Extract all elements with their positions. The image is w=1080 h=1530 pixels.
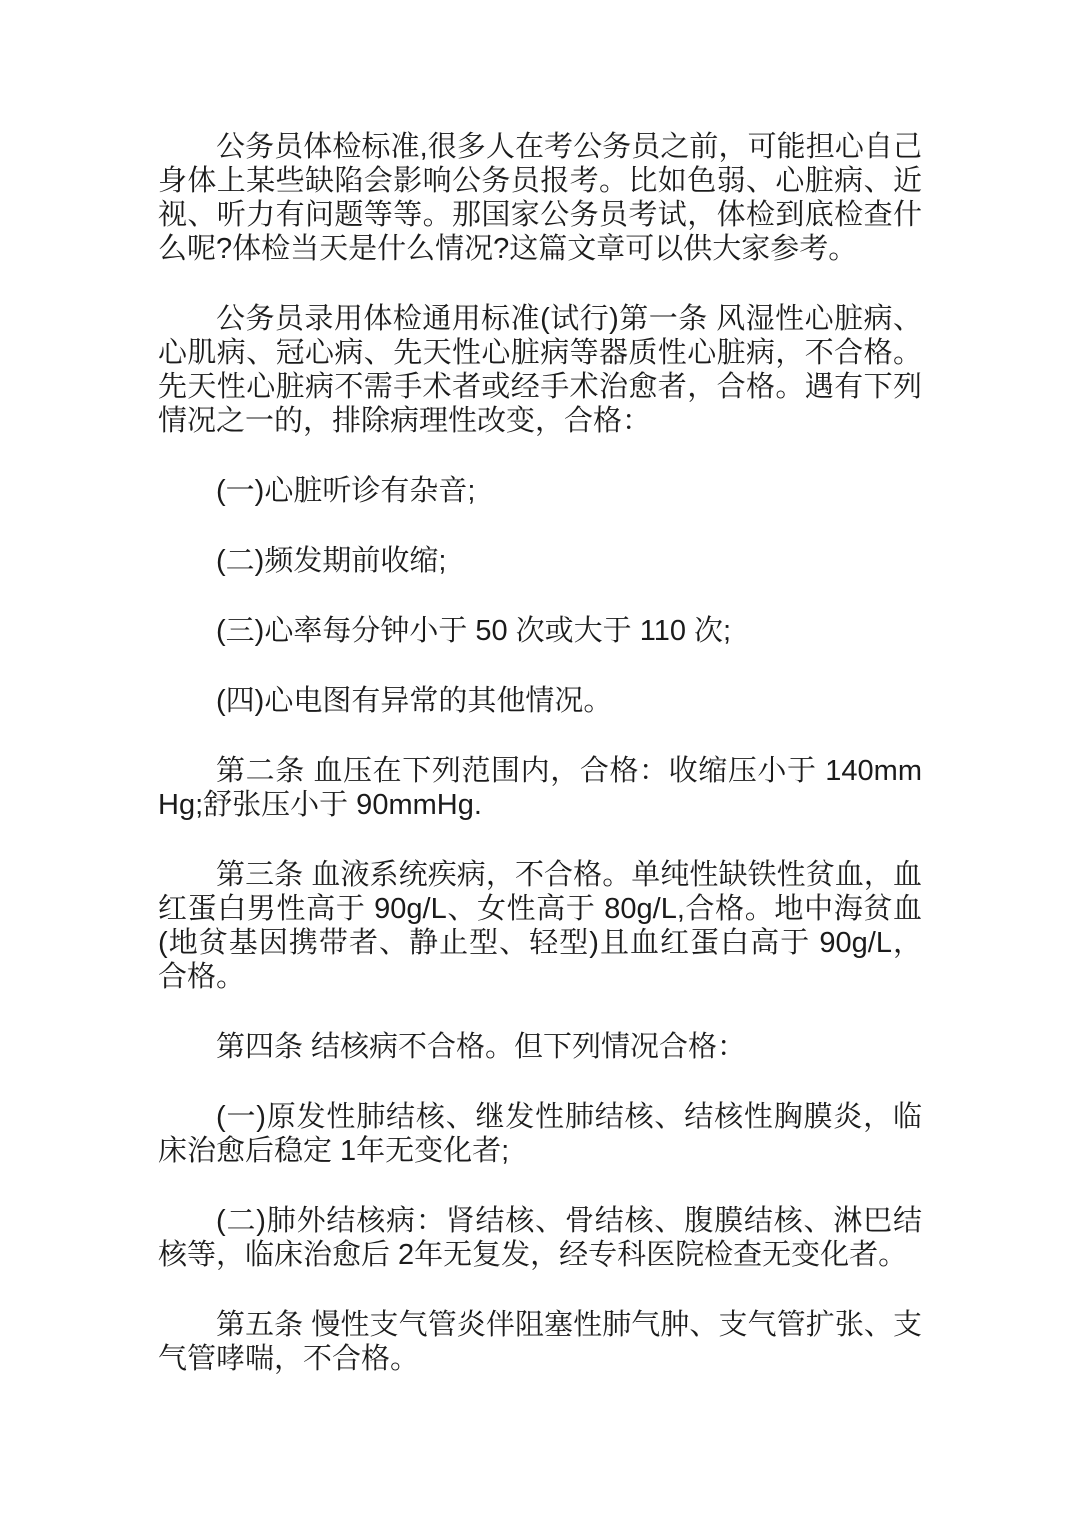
document-page: 公务员体检标准,很多人在考公务员之前，可能担心自己身体上某些缺陷会影响公务员报考…: [0, 0, 1080, 1530]
article4-item-2: (二)肺外结核病：肾结核、骨结核、腹膜结核、淋巴结核等，临床治愈后 2年无复发，…: [158, 1204, 922, 1272]
article1-item-1: (一)心脏听诊有杂音;: [158, 474, 922, 508]
paragraph-article2: 第二条 血压在下列范围内，合格：收缩压小于 140mmHg;舒张压小于 90mm…: [158, 754, 922, 822]
paragraph-intro: 公务员体检标准,很多人在考公务员之前，可能担心自己身体上某些缺陷会影响公务员报考…: [158, 130, 922, 266]
article1-item-2: (二)频发期前收缩;: [158, 544, 922, 578]
paragraph-article5: 第五条 慢性支气管炎伴阻塞性肺气肿、支气管扩张、支气管哮喘，不合格。: [158, 1308, 922, 1376]
article1-item-4: (四)心电图有异常的其他情况。: [158, 684, 922, 718]
paragraph-article1: 公务员录用体检通用标准(试行)第一条 风湿性心脏病、心肌病、冠心病、先天性心脏病…: [158, 302, 922, 438]
paragraph-article4: 第四条 结核病不合格。但下列情况合格：: [158, 1030, 922, 1064]
paragraph-article3: 第三条 血液系统疾病，不合格。单纯性缺铁性贫血，血红蛋白男性高于 90g/L、女…: [158, 858, 922, 994]
article4-item-1: (一)原发性肺结核、继发性肺结核、结核性胸膜炎，临床治愈后稳定 1年无变化者;: [158, 1100, 922, 1168]
article1-item-3: (三)心率每分钟小于 50 次或大于 110 次;: [158, 614, 922, 648]
